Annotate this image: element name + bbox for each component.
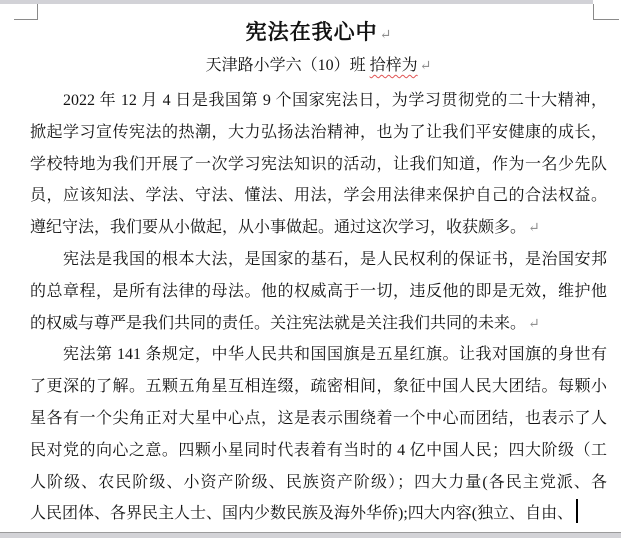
text-line[interactable]: 星各有一个尖角正对大星中心点，这是表示围绕着一个中心而团结，也表示了人	[30, 403, 607, 435]
text-line[interactable]: 宪法第 141 条规定，中华人民共和国国旗是五星红旗。让我对国旗的身世有	[30, 339, 607, 371]
byline: 天津路小学六（10）班 拾梓为↵	[30, 53, 607, 80]
text-line[interactable]: 民对党的向心之意。四颗小星同时代表着有当时的 4 亿中国人民；四大阶级（工	[30, 435, 607, 467]
text-line[interactable]: 学校特地为我们开展了一次学习宪法知识的活动，让我们知道，作为一名少先队	[30, 149, 607, 181]
text-line[interactable]: 2022 年 12 月 4 日是我国第 9 个国家宪法日，为学习贯彻党的二十大精…	[30, 85, 607, 117]
paragraph-mark: ↵	[528, 221, 540, 236]
app-edge-bottom	[0, 532, 621, 538]
text-line[interactable]: 遵纪守法，我们要从小做起，从小事做起。通过这次学习，收获颇多。↵	[30, 212, 607, 244]
text-line[interactable]: 员，应该知法、学法、守法、懂法、用法，学会用法律来保护自己的合法权益。	[30, 180, 607, 212]
author-name: 拾梓为	[370, 57, 418, 74]
document-body[interactable]: 2022 年 12 月 4 日是我国第 9 个国家宪法日，为学习贯彻党的二十大精…	[30, 85, 607, 530]
text-line[interactable]: 掀起学习宣传宪法的热潮，大力弘扬法治精神，也为了让我们平安健康的成长，	[30, 117, 607, 149]
paragraph-mark: ↵	[380, 28, 392, 43]
app-edge-top	[0, 0, 593, 4]
byline-school-class: 天津路小学六（10）班	[206, 57, 370, 74]
text-line[interactable]: 的总章程，是所有法律的母法。他的权威高于一切，违反他的即是无效，维护他	[30, 276, 607, 308]
paragraph-mark: ↵	[528, 317, 540, 332]
paragraph-mark: ↵	[420, 59, 432, 74]
text-cursor	[576, 499, 578, 523]
document-title-text: 宪法在我心中	[246, 20, 378, 44]
text-line[interactable]: 宪法是我国的根本大法，是国家的基石，是人民权利的保证书，是治国安邦	[30, 244, 607, 276]
text-line[interactable]: 了更深的了解。五颗五角星互相连缀，疏密相间，象征中国人民大团结。每颗小	[30, 371, 607, 403]
text-line[interactable]: 人阶级、农民阶级、小资产阶级、民族资产阶级）；四大力量(各民主党派、各	[30, 467, 607, 499]
document-page[interactable]: 宪法在我心中↵ 天津路小学六（10）班 拾梓为↵ 2022 年 12 月 4 日…	[0, 0, 621, 538]
document-title: 宪法在我心中↵	[30, 15, 607, 53]
text-line[interactable]: 的权威与尊严是我们共同的责任。关注宪法就是关注我们共同的未来。↵	[30, 308, 607, 340]
text-line[interactable]: 人民团体、各界民主人士、国内少数民族及海外华侨);四大内容(独立、自由、	[30, 498, 607, 530]
